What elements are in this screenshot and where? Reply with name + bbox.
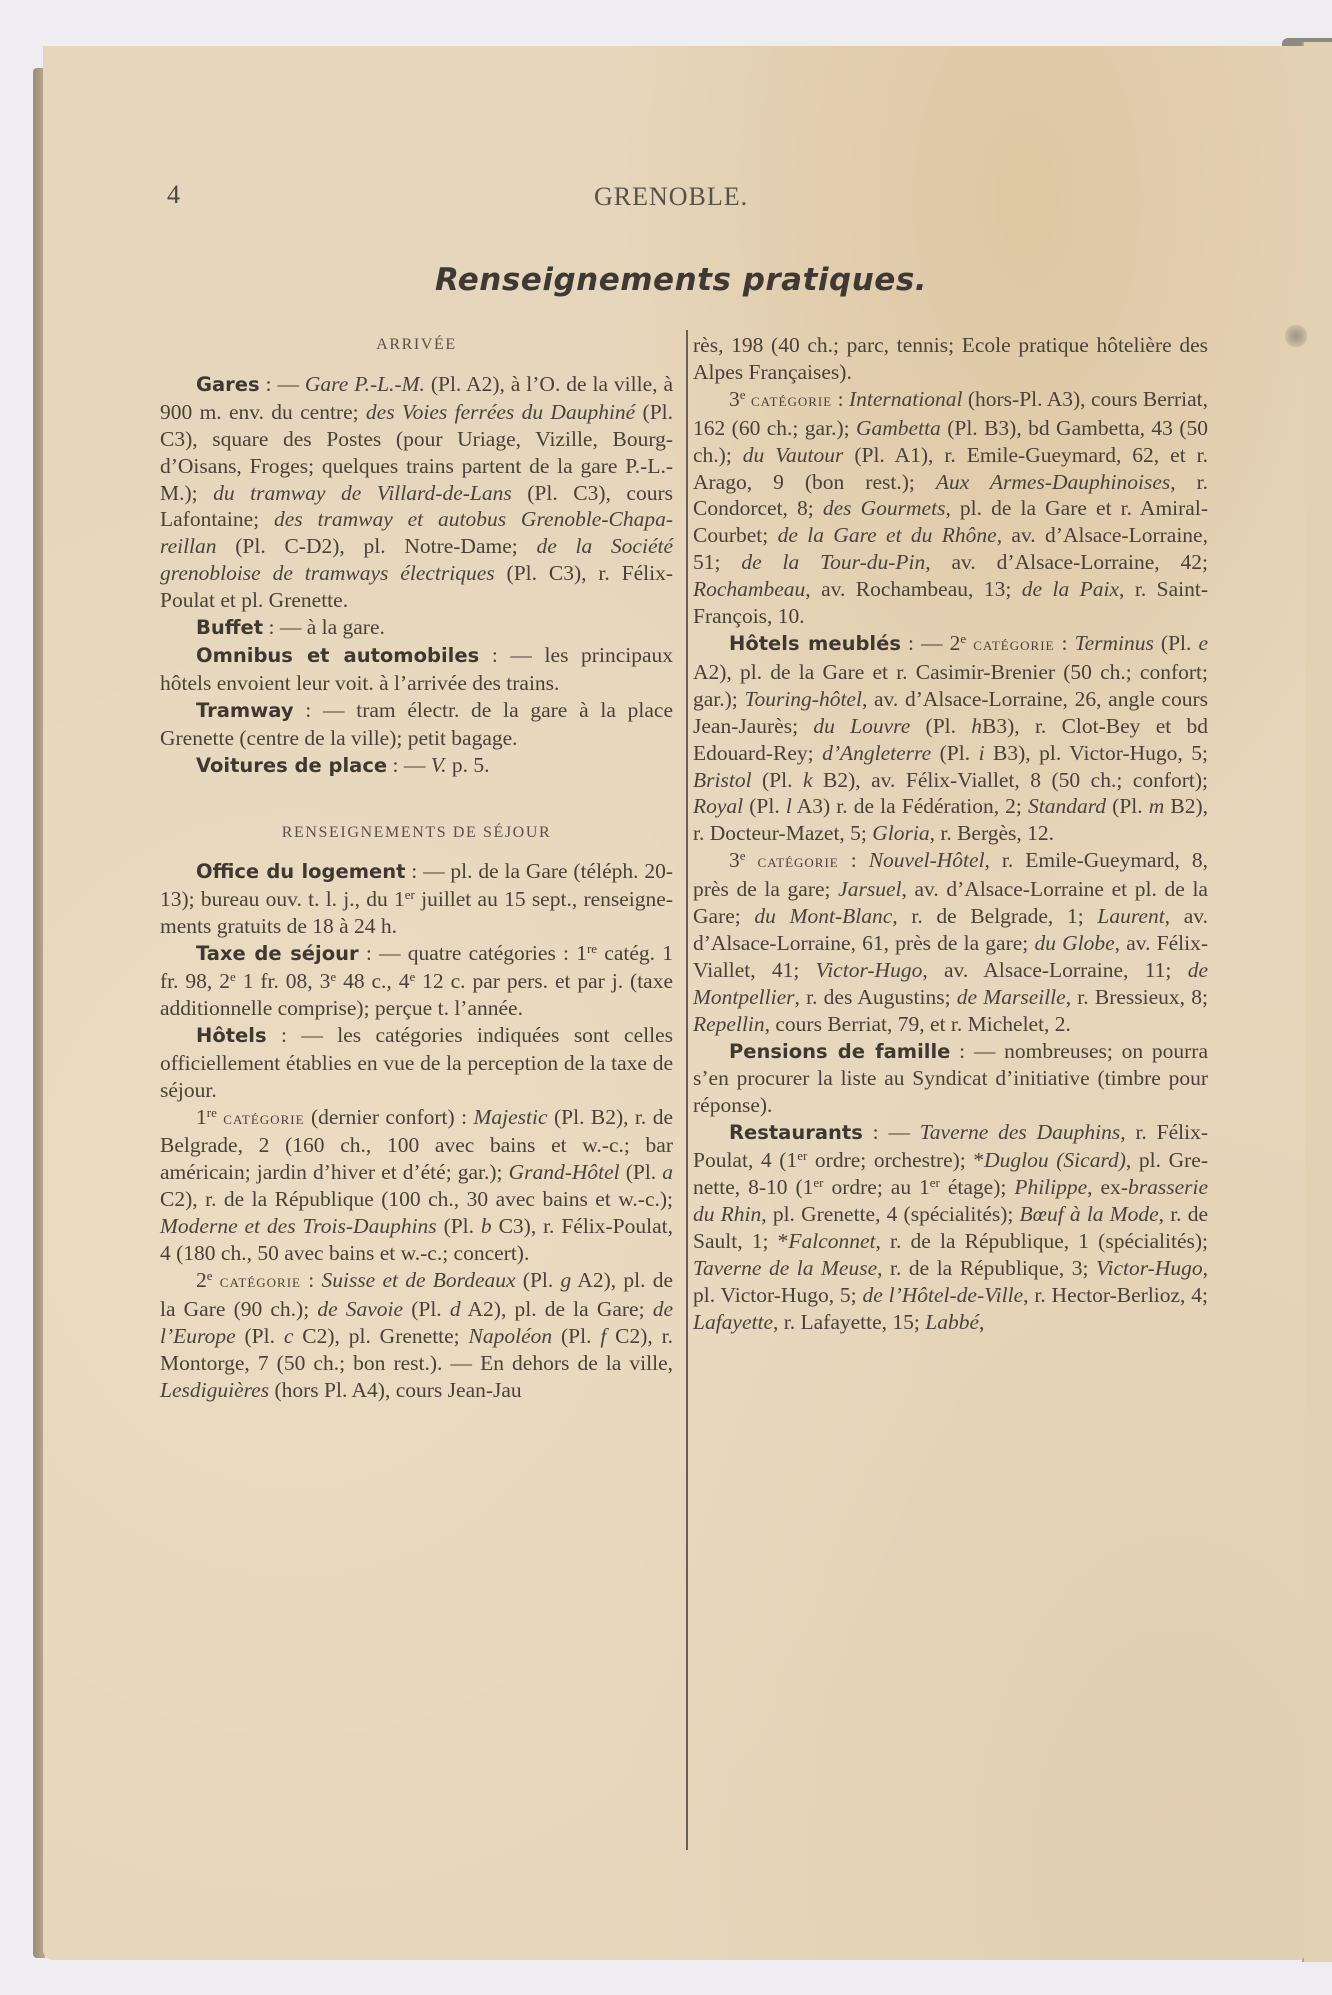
hotel-name: d’Angleterre — [822, 741, 931, 765]
entry-continuation: rès, 198 (40 ch.; parc, tennis; Ecole pr… — [693, 332, 1208, 386]
label-taxe: Taxe de séjour — [196, 942, 359, 965]
hotel-name: Jarsuel — [838, 877, 901, 901]
restaurant-name: Bœuf à la Mode — [1020, 1202, 1159, 1226]
restaurant-name: Falconnet — [788, 1229, 875, 1253]
label-pensions: Pensions de famille — [729, 1040, 950, 1063]
hotel-name: Touring-hôtel — [744, 687, 861, 711]
entry-hotels-meubles: Hôtels meublés : — 2e catégorie : Termin… — [693, 630, 1208, 847]
hotel-name: Victor-Hugo — [816, 958, 923, 982]
entry-hotels: Hôtels : — les catégories indiquées sont… — [160, 1022, 673, 1104]
left-column: ARRIVÉE Gares : — Gare P.-L.-M. (Pl. A2)… — [160, 332, 673, 1404]
hotel-name: Suisse et de Bor­deaux — [321, 1268, 515, 1292]
label-hotels: Hôtels — [196, 1024, 267, 1047]
running-title: GRENOBLE. — [594, 182, 748, 212]
hotel-name: Gloria — [872, 821, 929, 845]
entry-taxe-sejour: Taxe de séjour : — quatre catégo­ries : … — [160, 940, 673, 1022]
hotel-name: du Globe — [1034, 931, 1114, 955]
page-number: 4 — [167, 180, 180, 210]
hotel-name: de Marseille — [957, 985, 1066, 1009]
restaurant-name: Taverne de la Meuse — [693, 1256, 877, 1280]
restaurant-name: Taverne des Dau­phins — [920, 1120, 1120, 1144]
entry-tramway: Tramway : — tram électr. de la gare à la… — [160, 697, 673, 752]
hotel-name: de la Gare et du Rhône — [778, 523, 997, 547]
restaurant-name: Labbé — [925, 1310, 979, 1334]
entry-buffet: Buffet : — à la gare. — [160, 614, 673, 642]
label-tramway: Tramway — [196, 699, 294, 722]
hotel-name: du Louvre — [813, 714, 910, 738]
hotel-name: de Savoie — [317, 1297, 403, 1321]
hotel-name: International — [849, 387, 962, 411]
hotel-name: de la Tour-du-Pin — [741, 550, 925, 574]
hotel-name: Standard — [1028, 794, 1106, 818]
entry-pensions: Pensions de famille : — nombreuses; on p… — [693, 1038, 1208, 1120]
entry-omnibus: Omnibus et automobiles : — les principau… — [160, 642, 673, 697]
label-voitures: Voitures de place — [196, 754, 387, 777]
hotel-name: Laurent — [1097, 904, 1164, 928]
hotel-name: Nouvel-Hôtel — [869, 848, 985, 872]
label-buffet: Buffet — [196, 616, 263, 639]
entry-categorie-1: 1re catégorie (dernier confort) : Majest… — [160, 1104, 673, 1267]
restaurant-name: Lafayette — [693, 1310, 773, 1334]
hotel-name: de la Paix — [1022, 577, 1119, 601]
restaurant-name: Philippe — [1014, 1175, 1087, 1199]
hotel-name: Grand-Hôtel — [509, 1160, 620, 1184]
hotel-name: Majestic — [474, 1105, 548, 1129]
hotel-name: Rochambeau — [693, 577, 805, 601]
entry-office-logement: Office du logement : — pl. de la Gare (t… — [160, 858, 673, 940]
hotel-name: Terminus — [1075, 631, 1154, 655]
entry-gares: Gares : — Gare P.-L.-M. (Pl. A2), à l’O.… — [160, 371, 673, 614]
label-office: Office du logement — [196, 860, 405, 883]
entry-categorie-3: 3e catégorie : International (hors-Pl. A… — [693, 386, 1208, 630]
hotel-name: du Vautour — [743, 443, 844, 467]
hotel-name: des Gourmets — [823, 496, 946, 520]
running-header: 4 GRENOBLE. — [0, 180, 1332, 210]
heading-arrivee: ARRIVÉE — [160, 332, 673, 359]
hotel-name: Les­diguières — [160, 1378, 269, 1402]
restaurant-name: de l’Hôtel-de-Ville — [862, 1283, 1023, 1307]
label-gares: Gares — [196, 373, 260, 396]
column-divider — [686, 330, 688, 1850]
hotel-name: Aux Armes-Dauphinoises — [936, 470, 1170, 494]
entry-categorie-2: 2e catégorie : Suisse et de Bor­deaux (P… — [160, 1267, 673, 1404]
entry-meubles-categorie-3: 3e catégorie : Nouvel-Hôtel, r. Emile-Gu… — [693, 847, 1208, 1037]
hotel-name: du Mont-Blanc — [754, 904, 892, 928]
hotel-name: Bristol — [693, 768, 752, 792]
hotel-name: Royal — [693, 794, 743, 818]
restaurant-name: Victor-Hugo — [1096, 1256, 1203, 1280]
right-column: rès, 198 (40 ch.; parc, tennis; Ecole pr… — [693, 332, 1208, 1336]
hotel-name: Moderne et des Trois-Dauphins — [160, 1214, 437, 1238]
hotel-name: Repellin — [693, 1012, 765, 1036]
section-title: Renseignements pratiques. — [0, 262, 1332, 298]
hotel-name: Gambetta — [856, 416, 941, 440]
label-omnibus: Omnibus et automobiles — [196, 644, 479, 667]
label-restaurants: Restaurants — [729, 1121, 863, 1144]
label-hotels-meubles: Hôtels meublés — [729, 632, 901, 655]
paper-stain — [1283, 325, 1309, 347]
heading-sejour: RENSEIGNEMENTS DE SÉJOUR — [160, 820, 673, 847]
hotel-name: Na­poléon — [469, 1324, 553, 1348]
entry-voitures: Voitures de place : — V. p. 5. — [160, 752, 673, 780]
restaurant-name: Duglou (Sicard) — [984, 1148, 1126, 1172]
entry-restaurants: Restaurants : — Taverne des Dau­phins, r… — [693, 1119, 1208, 1335]
